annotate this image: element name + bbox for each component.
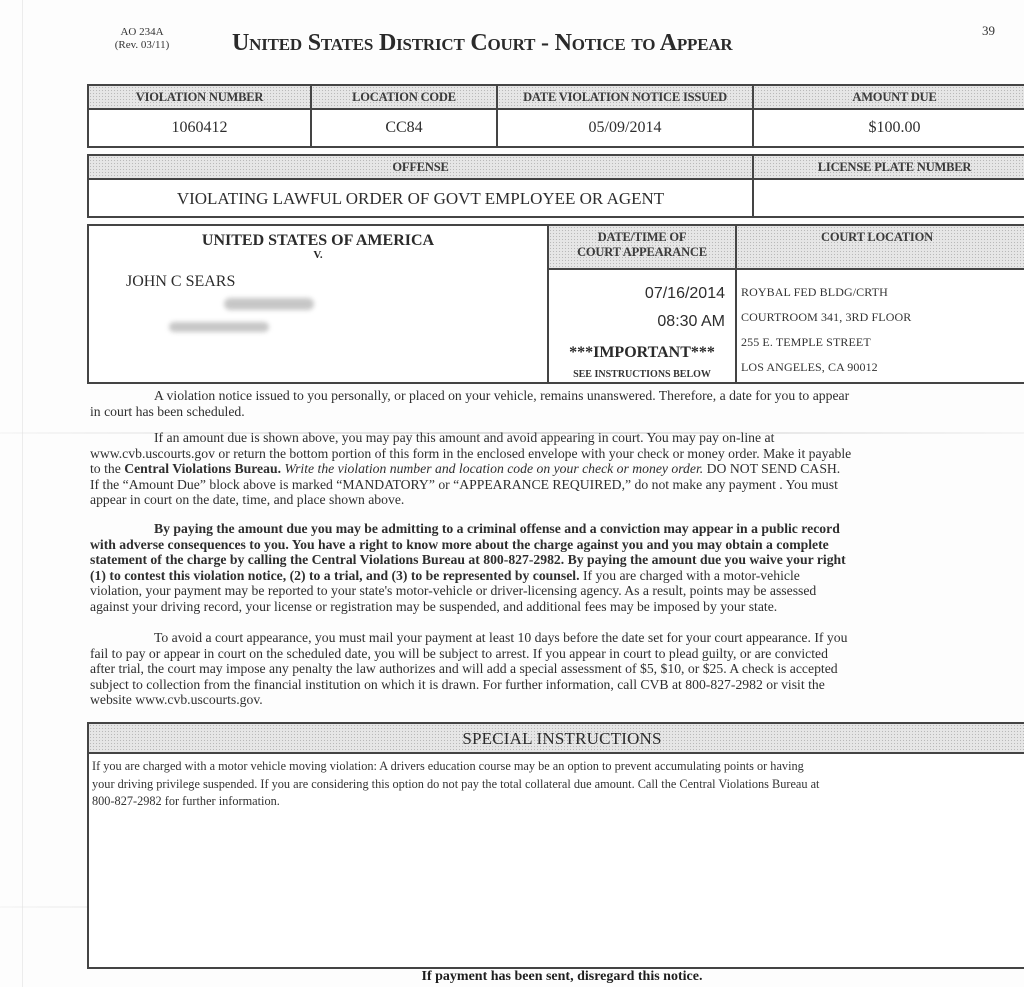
redacted-address-line bbox=[169, 322, 269, 332]
special-instructions-body: If you are charged with a motor vehicle … bbox=[89, 754, 1024, 811]
license-plate-label: LICENSE PLATE NUMBER bbox=[754, 156, 1024, 180]
violation-number-label: VIOLATION NUMBER bbox=[89, 86, 310, 110]
page-edge-line bbox=[22, 0, 23, 987]
court-location-line: LOS ANGELES, CA 90012 bbox=[741, 360, 878, 375]
notice-paragraph-4: To avoid a court appearance, you must ma… bbox=[90, 630, 1024, 708]
offense-value: VIOLATING LAWFUL ORDER OF GOVT EMPLOYEE … bbox=[89, 180, 752, 216]
redacted-address-line bbox=[224, 298, 314, 310]
violation-info-table: VIOLATION NUMBER 1060412 LOCATION CODE C… bbox=[87, 84, 1024, 148]
notice-paragraph-3: By paying the amount due you may be admi… bbox=[90, 521, 1024, 615]
appearance-date: 07/16/2014 bbox=[645, 285, 725, 303]
date-issued-value: 05/09/2014 bbox=[498, 110, 752, 146]
location-code-value: CC84 bbox=[312, 110, 496, 146]
see-instructions-note: SEE INSTRUCTIONS BELOW bbox=[549, 369, 735, 380]
form-revision: (Rev. 03/11) bbox=[112, 39, 172, 52]
form-number: AO 234A bbox=[112, 26, 172, 39]
violation-number-cell: VIOLATION NUMBER 1060412 bbox=[89, 86, 312, 146]
court-location-line: 255 E. TEMPLE STREET bbox=[741, 335, 871, 350]
offense-label: OFFENSE bbox=[89, 156, 752, 180]
plaintiff: UNITED STATES OF AMERICA bbox=[89, 232, 547, 250]
appearance-table: UNITED STATES OF AMERICA V. JOHN C SEARS… bbox=[87, 224, 1024, 384]
case-parties: UNITED STATES OF AMERICA V. JOHN C SEARS bbox=[89, 226, 547, 382]
offense-table: OFFENSE VIOLATING LAWFUL ORDER OF GOVT E… bbox=[87, 154, 1024, 218]
special-instructions-box: SPECIAL INSTRUCTIONS If you are charged … bbox=[87, 722, 1024, 969]
location-code-cell: LOCATION CODE CC84 bbox=[312, 86, 498, 146]
defendant-name: JOHN C SEARS bbox=[126, 273, 235, 291]
notice-paragraph-1: A violation notice issued to you persona… bbox=[90, 388, 1024, 419]
notice-paragraph-2: If an amount due is shown above, you may… bbox=[90, 430, 1024, 508]
violation-number-value: 1060412 bbox=[89, 110, 310, 146]
special-instructions-title: SPECIAL INSTRUCTIONS bbox=[89, 724, 1024, 754]
important-notice: ***IMPORTANT*** bbox=[549, 344, 735, 362]
appearance-time: 08:30 AM bbox=[657, 313, 725, 331]
court-location-cell: COURT LOCATION ROYBAL FED BLDG/CRTH COUR… bbox=[737, 226, 1024, 382]
date-issued-cell: DATE VIOLATION NOTICE ISSUED 05/09/2014 bbox=[498, 86, 754, 146]
amount-due-value: $100.00 bbox=[754, 110, 1024, 146]
amount-due-label: AMOUNT DUE bbox=[754, 86, 1024, 110]
cvb-name: Central Violations Bureau. bbox=[124, 461, 281, 476]
versus: V. bbox=[89, 249, 547, 261]
court-location-line: COURTROOM 341, 3RD FLOOR bbox=[741, 310, 911, 325]
appearance-label: DATE/TIME OF COURT APPEARANCE bbox=[549, 226, 735, 270]
license-plate-cell: LICENSE PLATE NUMBER bbox=[754, 156, 1024, 216]
court-location-line: ROYBAL FED BLDG/CRTH bbox=[741, 285, 888, 300]
location-code-label: LOCATION CODE bbox=[312, 86, 496, 110]
document-title: United States District Court - Notice to… bbox=[232, 30, 733, 57]
amount-due-cell: AMOUNT DUE $100.00 bbox=[754, 86, 1024, 146]
court-appearance-cell: DATE/TIME OF COURT APPEARANCE 07/16/2014… bbox=[547, 226, 737, 382]
form-identifier: AO 234A (Rev. 03/11) bbox=[112, 26, 172, 52]
footer-notice: If payment has been sent, disregard this… bbox=[0, 969, 1024, 985]
license-plate-value bbox=[754, 180, 1024, 216]
page-number: 39 bbox=[982, 23, 995, 39]
court-location-label: COURT LOCATION bbox=[737, 226, 1024, 270]
date-issued-label: DATE VIOLATION NOTICE ISSUED bbox=[498, 86, 752, 110]
offense-cell: OFFENSE VIOLATING LAWFUL ORDER OF GOVT E… bbox=[89, 156, 754, 216]
